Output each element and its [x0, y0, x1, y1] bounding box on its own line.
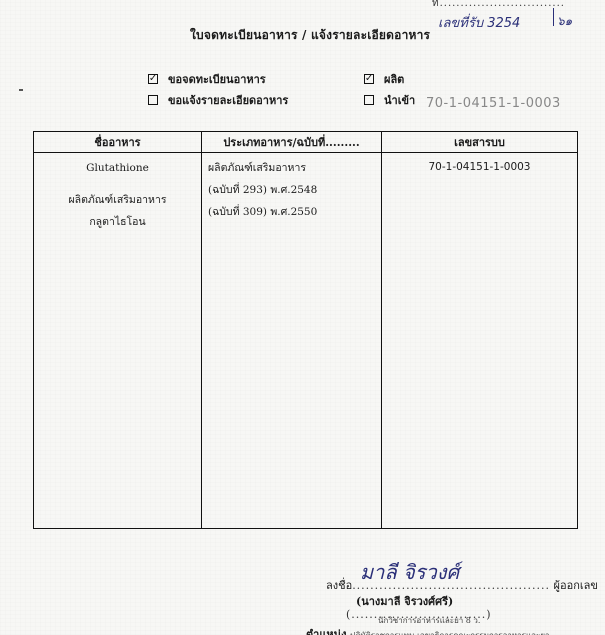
handwritten-receipt-number: เลขที่รับ 3254	[438, 12, 520, 33]
handwritten-receipt-suffix: ๖๑	[557, 12, 572, 31]
food-type-line: (ฉบับที่ 309) พ.ศ.2550	[208, 201, 375, 223]
document-title: ใบจดทะเบียนอาหาร / แจ้งรายละเอียดอาหาร	[190, 26, 430, 45]
header-food-name: ชื่ออาหาร	[34, 132, 202, 153]
option-label: ขอจดทะเบียนอาหาร	[168, 70, 266, 88]
issuer-role-label: ผู้ออกเลข	[554, 579, 598, 592]
food-registration-table: ชื่ออาหาร ประเภทอาหาร/ฉบับที่......... เ…	[33, 131, 578, 529]
table-header-row: ชื่ออาหาร ประเภทอาหาร/ฉบับที่......... เ…	[34, 132, 578, 153]
checkbox-checked-icon[interactable]: ✓	[148, 74, 158, 84]
position-label: ตำแหน่ง	[306, 628, 347, 635]
scan-artifact	[19, 89, 23, 91]
option-manufacture[interactable]: ✓ ผลิต	[364, 70, 404, 88]
food-name-category: ผลิตภัณฑ์เสริมอาหาร	[40, 189, 195, 211]
document-number-line: ที่..............................	[432, 0, 592, 11]
option-label: ขอแจ้งรายละเอียดอาหาร	[168, 91, 288, 109]
receipt-number-separator	[553, 8, 554, 26]
cell-registration-number: 70-1-04151-1-0003	[382, 153, 578, 529]
food-name-english: Glutathione	[40, 157, 195, 179]
header-registration-number: เลขสารบบ	[382, 132, 578, 153]
food-type-line: (ฉบับที่ 293) พ.ศ.2548	[208, 179, 375, 201]
position-value: ปฏิบัติราชการแทน เลขาธิการคณะกรรมการอาหา…	[350, 631, 549, 635]
option-notify-details[interactable]: ขอแจ้งรายละเอียดอาหาร	[148, 91, 288, 109]
checkbox-checked-icon[interactable]: ✓	[364, 74, 374, 84]
handwritten-registration-note: 70-1-04151-1-0003	[426, 96, 561, 111]
option-import[interactable]: นำเข้า	[364, 91, 415, 109]
cell-food-name: Glutathione ผลิตภัณฑ์เสริมอาหาร กลูตาไธโ…	[34, 153, 202, 529]
header-food-type: ประเภทอาหาร/ฉบับที่.........	[202, 132, 382, 153]
cell-food-type: ผลิตภัณฑ์เสริมอาหาร (ฉบับที่ 293) พ.ศ.25…	[202, 153, 382, 529]
table-row: Glutathione ผลิตภัณฑ์เสริมอาหาร กลูตาไธโ…	[34, 153, 578, 529]
food-type-line: ผลิตภัณฑ์เสริมอาหาร	[208, 157, 375, 179]
checkbox-empty-icon[interactable]	[364, 95, 374, 105]
handwritten-signature: มาลี จิรวงศ์	[360, 556, 459, 588]
food-name-thai: กลูตาไธโอน	[40, 211, 195, 233]
option-label: ผลิต	[384, 70, 404, 88]
document-number-dots: ที่..............................	[432, 0, 565, 9]
sign-label: ลงชื่อ	[326, 579, 352, 592]
option-label: นำเข้า	[384, 91, 415, 109]
option-register-food[interactable]: ✓ ขอจดทะเบียนอาหาร	[148, 70, 266, 88]
checkbox-empty-icon[interactable]	[148, 95, 158, 105]
